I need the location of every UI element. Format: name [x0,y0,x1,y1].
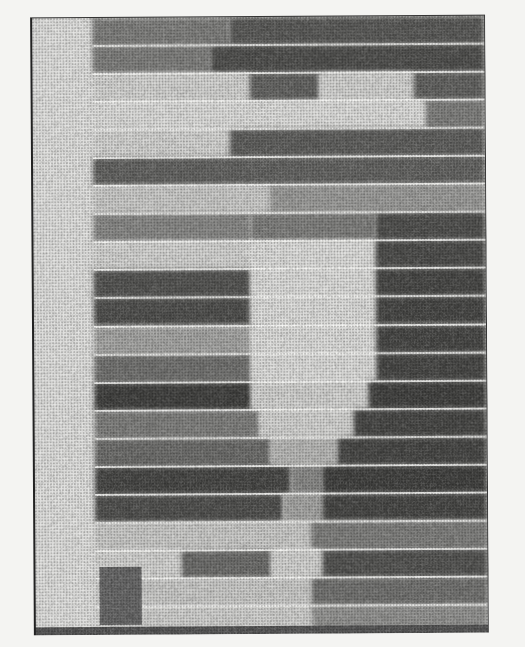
stripe-segment [182,550,272,579]
stripe-segment [95,466,291,495]
dark-corner-block [99,567,141,625]
stripe-segment [376,352,486,381]
stripe-segment [210,44,485,74]
stripe-segment [311,577,488,606]
stripe-segment [94,354,251,383]
stripe-band [93,212,485,242]
stripe-segment [94,326,251,355]
stripe-segment [93,213,250,242]
stripe-segment [93,100,426,130]
stripe-segment [291,465,323,493]
stripe-band [95,408,487,438]
stripe-band [94,324,486,354]
stripe-segment [93,241,250,270]
stripe-segment [376,240,486,269]
stripe-segment [283,493,322,521]
stripe-segment [353,408,486,437]
stripe-band [96,577,488,607]
stripe-segment [250,213,376,242]
stripe-segment [311,520,488,549]
stripe-segment [250,269,376,298]
stripe-band [93,156,485,186]
stripe-segment [322,492,487,521]
light-left-margin-strip [32,18,96,635]
stripe-band [95,520,487,550]
stripe-segment [426,100,485,128]
stripe-segment [93,156,485,186]
stripe-segment [259,409,353,438]
stripe-band [94,268,486,298]
stripe-segment [323,548,488,577]
stripe-segment [376,296,486,325]
stripe-segment [270,184,486,213]
stripe-segment [251,297,377,326]
stripe-band [95,464,487,494]
stripe-segment [414,72,485,100]
stripe-band [95,492,487,522]
stripe-segment [92,17,229,46]
striped-field [92,16,488,635]
stripe-segment [251,381,369,410]
stripe-segment [92,73,249,102]
stripe-segment [95,438,272,467]
stripe-segment [376,268,486,297]
stripe-segment [230,128,485,158]
stripe-segment [251,325,377,354]
stripe-segment [251,353,377,382]
stripe-segment [338,436,487,465]
stripe-segment [93,129,230,158]
stripe-band [94,352,486,382]
stripe-segment [249,73,320,101]
stripe-segment [320,72,414,101]
stripe-segment [250,241,376,270]
stripe-segment [94,382,251,411]
stripe-band [92,16,484,46]
stripe-band [93,128,485,158]
halftone-photograph [30,15,489,636]
stripe-segment [95,494,283,523]
stripe-band [95,436,487,466]
stripe-band [92,44,484,74]
stripe-band [95,548,487,578]
stripe-segment [271,437,338,465]
stripe-band [94,296,486,326]
dark-bottom-edge [36,625,488,636]
stripe-segment [272,549,323,577]
stripe-band [94,380,486,410]
stripe-band [93,184,485,214]
stripe-segment [376,212,486,241]
stripe-segment [93,185,270,214]
stripe-segment [369,380,487,409]
stripe-band [93,240,485,270]
stripe-segment [92,45,210,74]
stripe-band [92,72,484,102]
stripe-segment [376,324,486,353]
stripe-segment [95,410,260,439]
stripe-segment [94,298,251,327]
stripe-segment [94,269,251,298]
stripe-segment [322,464,487,493]
stripe-segment [229,16,484,46]
stripe-band [93,100,485,130]
